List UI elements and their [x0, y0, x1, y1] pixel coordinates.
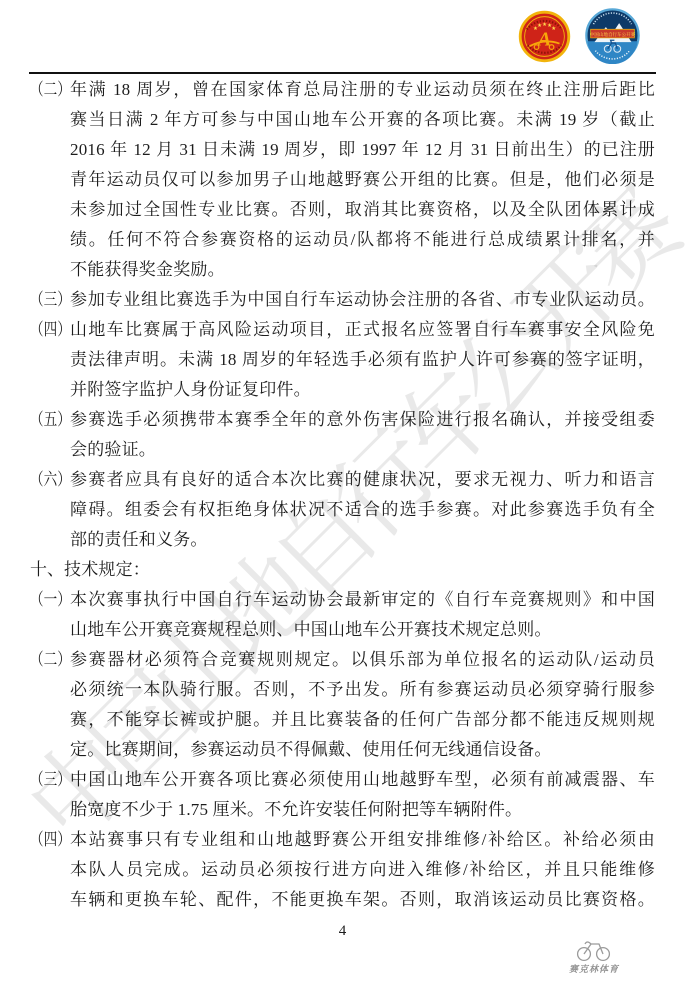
numbered-item: （四）山地车比赛属于高风险运动项目，正式报名应签署自行车赛事安全风险免责法律声明…	[30, 315, 655, 405]
mtb-open-badge-icon: 中国山地自行车公开赛	[584, 7, 641, 64]
cycling-association-badge-icon: ★ ★ ★ ★ ★ A	[518, 10, 571, 63]
text-line: 本队人员完成。运动员必须按行进方向进入维修/补给区，并且只能维修	[70, 855, 655, 885]
text-line: 山地车公开赛竞赛规程总则、中国山地车公开赛技术规定总则。	[70, 615, 655, 645]
text-line: 部的责任和义务。	[70, 525, 655, 555]
text-line: 本次赛事执行中国自行车运动协会最新审定的《自行车竞赛规则》和中国	[70, 585, 655, 615]
text-line: 未参加过全国性专业比赛。否则，取消其比赛资格，以及全队团体累计成	[70, 195, 655, 225]
item-label: （四）	[30, 825, 71, 855]
bicycle-icon	[573, 938, 615, 962]
text-line: 车辆和更换车轮、配件，不能更换车架。否则，取消该运动员比赛资格。	[70, 885, 655, 915]
document-body: （二）年满 18 周岁，曾在国家体育总局注册的专业运动员须在终止注册后距比赛当日…	[30, 75, 655, 915]
item-label: （二）	[30, 645, 71, 675]
numbered-item: （五）参赛选手必须携带本赛季全年的意外伤害保险进行报名确认，并接受组委会的验证。	[30, 405, 655, 465]
footer-brand-name: 赛克林体育	[556, 962, 632, 975]
section-heading: 十、技术规定：	[30, 555, 655, 585]
text-line: 绩。任何不符合参赛资格的运动员/队都将不能进行总成绩累计排名，并	[70, 225, 655, 255]
text-line: 参赛选手必须携带本赛季全年的意外伤害保险进行报名确认，并接受组委	[70, 405, 655, 435]
header-logos: ★ ★ ★ ★ ★ A 中国山地自行车公开赛	[518, 7, 641, 64]
item-label: （三）	[30, 285, 71, 315]
text-line: 会的验证。	[70, 435, 655, 465]
numbered-item: （六）参赛者应具有良好的适合本次比赛的健康状况，要求无视力、听力和语言障碍。组委…	[30, 465, 655, 555]
item-label: 十、	[30, 555, 64, 585]
text-line: 山地车比赛属于高风险运动项目，正式报名应签署自行车赛事安全风险免	[70, 315, 655, 345]
text-line: 参赛器材必须符合竞赛规则规定。以俱乐部为单位报名的运动队/运动员	[70, 645, 655, 675]
text-line: 障碍。组委会有权拒绝身体状况不适合的选手参赛。对此参赛选手负有全	[70, 495, 655, 525]
item-label: （五）	[30, 405, 71, 435]
document-page: 中国山地自行车公开赛 ★ ★ ★ ★ ★ A	[0, 0, 685, 985]
numbered-item: （四）本站赛事只有专业组和山地越野赛公开组安排维修/补给区。补给必须由本队人员完…	[30, 825, 655, 915]
text-line: 并附签字监护人身份证复印件。	[70, 375, 655, 405]
item-label: （二）	[30, 75, 71, 105]
text-line: 参加专业组比赛选手为中国自行车运动协会注册的各省、市专业队运动员。	[70, 285, 655, 315]
svg-text:★: ★	[551, 26, 556, 32]
text-line: 技术规定：	[64, 555, 655, 585]
header-divider	[29, 72, 656, 74]
text-line: 不能获得奖金奖励。	[70, 255, 655, 285]
text-line: 责法律声明。未满 18 周岁的年轻选手必须有监护人许可参赛的签字证明，	[70, 345, 655, 375]
text-line: 中国山地车公开赛各项比赛必须使用山地越野车型，必须有前减震器、车	[70, 765, 655, 795]
text-line: 2016 年 12 月 31 日未满 19 周岁，即 1997 年 12 月 3…	[70, 135, 655, 165]
text-line: 定。比赛期间，参赛运动员不得佩戴、使用任何无线通信设备。	[70, 735, 655, 765]
item-label: （一）	[30, 585, 71, 615]
text-line: 年满 18 周岁，曾在国家体育总局注册的专业运动员须在终止注册后距比	[70, 75, 655, 105]
text-line: 胎宽度不少于 1.75 厘米。不允许安装任何附把等车辆附件。	[70, 795, 655, 825]
text-line: 本站赛事只有专业组和山地越野赛公开组安排维修/补给区。补给必须由	[70, 825, 655, 855]
badge-banner-text: 中国山地自行车公开赛	[590, 31, 636, 38]
text-line: 必须统一本队骑行服。否则，不予出发。所有参赛运动员必须穿骑行服参	[70, 675, 655, 705]
item-label: （四）	[30, 315, 71, 345]
numbered-item: （三）参加专业组比赛选手为中国自行车运动协会注册的各省、市专业队运动员。	[30, 285, 655, 315]
item-label: （六）	[30, 465, 71, 495]
text-line: 青年运动员仅可以参加男子山地越野赛公开组的比赛。但是，他们必须是	[70, 165, 655, 195]
footer-brand: 赛克林体育	[556, 938, 632, 975]
numbered-item: （二）参赛器材必须符合竞赛规则规定。以俱乐部为单位报名的运动队/运动员必须统一本…	[30, 645, 655, 765]
text-line: 赛，不能穿长裤或护腿。并且比赛装备的任何广告部分都不能违反规则规	[70, 705, 655, 735]
numbered-item: （二）年满 18 周岁，曾在国家体育总局注册的专业运动员须在终止注册后距比赛当日…	[30, 75, 655, 285]
text-line: 参赛者应具有良好的适合本次比赛的健康状况，要求无视力、听力和语言	[70, 465, 655, 495]
numbered-item: （三）中国山地车公开赛各项比赛必须使用山地越野车型，必须有前减震器、车胎宽度不少…	[30, 765, 655, 825]
numbered-item: （一）本次赛事执行中国自行车运动协会最新审定的《自行车竞赛规则》和中国山地车公开…	[30, 585, 655, 645]
text-line: 赛当日满 2 年方可参与中国山地车公开赛的各项比赛。未满 19 岁（截止	[70, 105, 655, 135]
item-label: （三）	[30, 765, 71, 795]
